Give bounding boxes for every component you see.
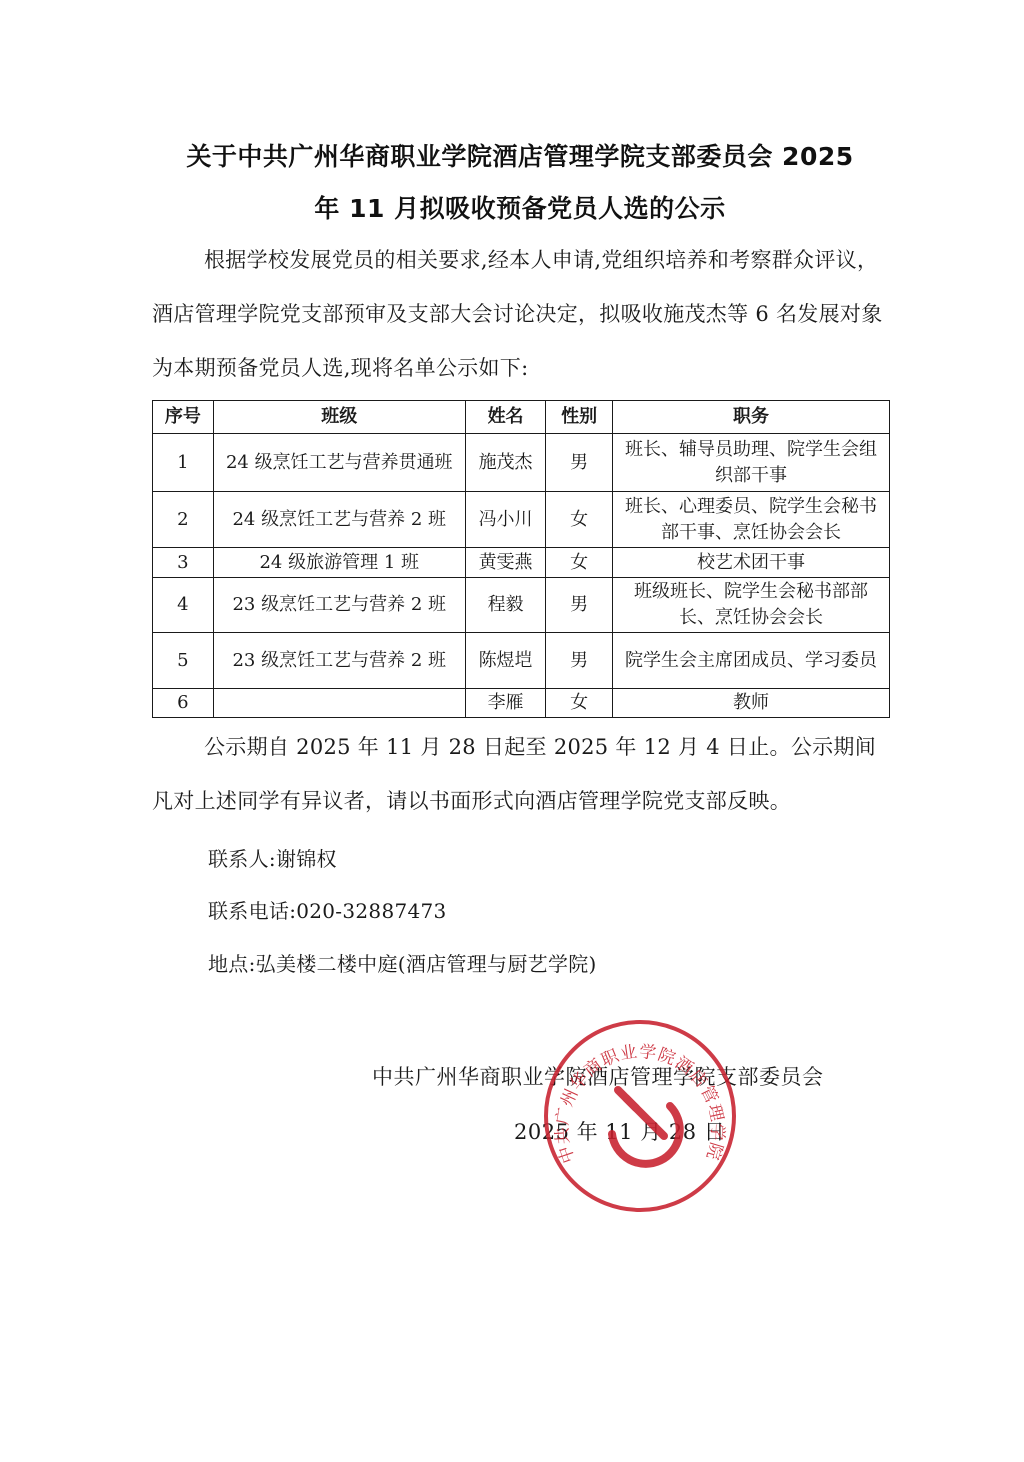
header-duty: 职务 <box>612 401 889 434</box>
cell-name: 黄雯燕 <box>465 548 546 578</box>
cell-index: 5 <box>153 633 214 689</box>
table-row: 5 23 级烹饪工艺与营养 2 班 陈煜垲 男 院学生会主席团成员、学习委员 <box>153 633 890 689</box>
table-row: 4 23 级烹饪工艺与营养 2 班 程毅 男 班级班长、院学生会秘书部部长、烹饪… <box>153 578 890 633</box>
cell-duty: 院学生会主席团成员、学习委员 <box>612 633 889 689</box>
cell-class: 24 级烹饪工艺与营养贯通班 <box>213 434 465 492</box>
signature-date: 2025 年 11 月 28 日 <box>514 1116 725 1146</box>
candidate-table: 序号 班级 姓名 性别 职务 1 24 级烹饪工艺与营养贯通班 施茂杰 男 班长… <box>152 400 890 718</box>
cell-duty: 班长、辅导员助理、院学生会组织部干事 <box>612 434 889 492</box>
cell-duty: 班级班长、院学生会秘书部部长、烹饪协会会长 <box>612 578 889 633</box>
cell-name: 施茂杰 <box>465 434 546 492</box>
cell-name: 冯小川 <box>465 492 546 548</box>
document-title-line-1: 关于中共广州华商职业学院酒店管理学院支部委员会 2025 <box>150 137 890 173</box>
cell-gender: 女 <box>546 548 613 578</box>
contact-person: 联系人:谢锦权 <box>208 843 337 872</box>
notice-period-text: 公示期自 2025 年 11 月 28 日起至 2025 年 12 月 4 日止… <box>152 735 876 813</box>
notice-period-paragraph: 公示期自 2025 年 11 月 28 日起至 2025 年 12 月 4 日止… <box>152 720 892 828</box>
cell-index: 2 <box>153 492 214 548</box>
intro-paragraph: 根据学校发展党员的相关要求,经本人申请,党组织培养和考察群众评议，酒店管理学院党… <box>152 233 892 395</box>
cell-gender: 男 <box>546 434 613 492</box>
cell-class: 23 级烹饪工艺与营养 2 班 <box>213 633 465 689</box>
cell-name: 陈煜垲 <box>465 633 546 689</box>
cell-index: 3 <box>153 548 214 578</box>
cell-duty: 教师 <box>612 689 889 718</box>
cell-duty: 班长、心理委员、院学生会秘书部干事、烹饪协会会长 <box>612 492 889 548</box>
cell-index: 1 <box>153 434 214 492</box>
header-gender: 性别 <box>546 401 613 434</box>
cell-name: 程毅 <box>465 578 546 633</box>
signature-org: 中共广州华商职业学院酒店管理学院支部委员会 <box>372 1061 824 1091</box>
table-row: 1 24 级烹饪工艺与营养贯通班 施茂杰 男 班长、辅导员助理、院学生会组织部干… <box>153 434 890 492</box>
cell-gender: 男 <box>546 578 613 633</box>
cell-class: 24 级旅游管理 1 班 <box>213 548 465 578</box>
intro-paragraph-text: 根据学校发展党员的相关要求,经本人申请,党组织培养和考察群众评议，酒店管理学院党… <box>152 248 883 380</box>
cell-class: 24 级烹饪工艺与营养 2 班 <box>213 492 465 548</box>
header-index: 序号 <box>153 401 214 434</box>
cell-class <box>213 689 465 718</box>
header-class: 班级 <box>213 401 465 434</box>
cell-index: 4 <box>153 578 214 633</box>
cell-class: 23 级烹饪工艺与营养 2 班 <box>213 578 465 633</box>
cell-name: 李雁 <box>465 689 546 718</box>
table-header-row: 序号 班级 姓名 性别 职务 <box>153 401 890 434</box>
document-title-line-2: 年 11 月拟吸收预备党员人选的公示 <box>150 189 890 225</box>
table-row: 3 24 级旅游管理 1 班 黄雯燕 女 校艺术团干事 <box>153 548 890 578</box>
cell-gender: 女 <box>546 689 613 718</box>
cell-index: 6 <box>153 689 214 718</box>
table-row: 2 24 级烹饪工艺与营养 2 班 冯小川 女 班长、心理委员、院学生会秘书部干… <box>153 492 890 548</box>
cell-gender: 女 <box>546 492 613 548</box>
contact-phone: 联系电话:020-32887473 <box>208 895 447 924</box>
cell-gender: 男 <box>546 633 613 689</box>
header-name: 姓名 <box>465 401 546 434</box>
cell-duty: 校艺术团干事 <box>612 548 889 578</box>
table-row: 6 李雁 女 教师 <box>153 689 890 718</box>
location: 地点:弘美楼二楼中庭(酒店管理与厨艺学院) <box>208 948 597 977</box>
